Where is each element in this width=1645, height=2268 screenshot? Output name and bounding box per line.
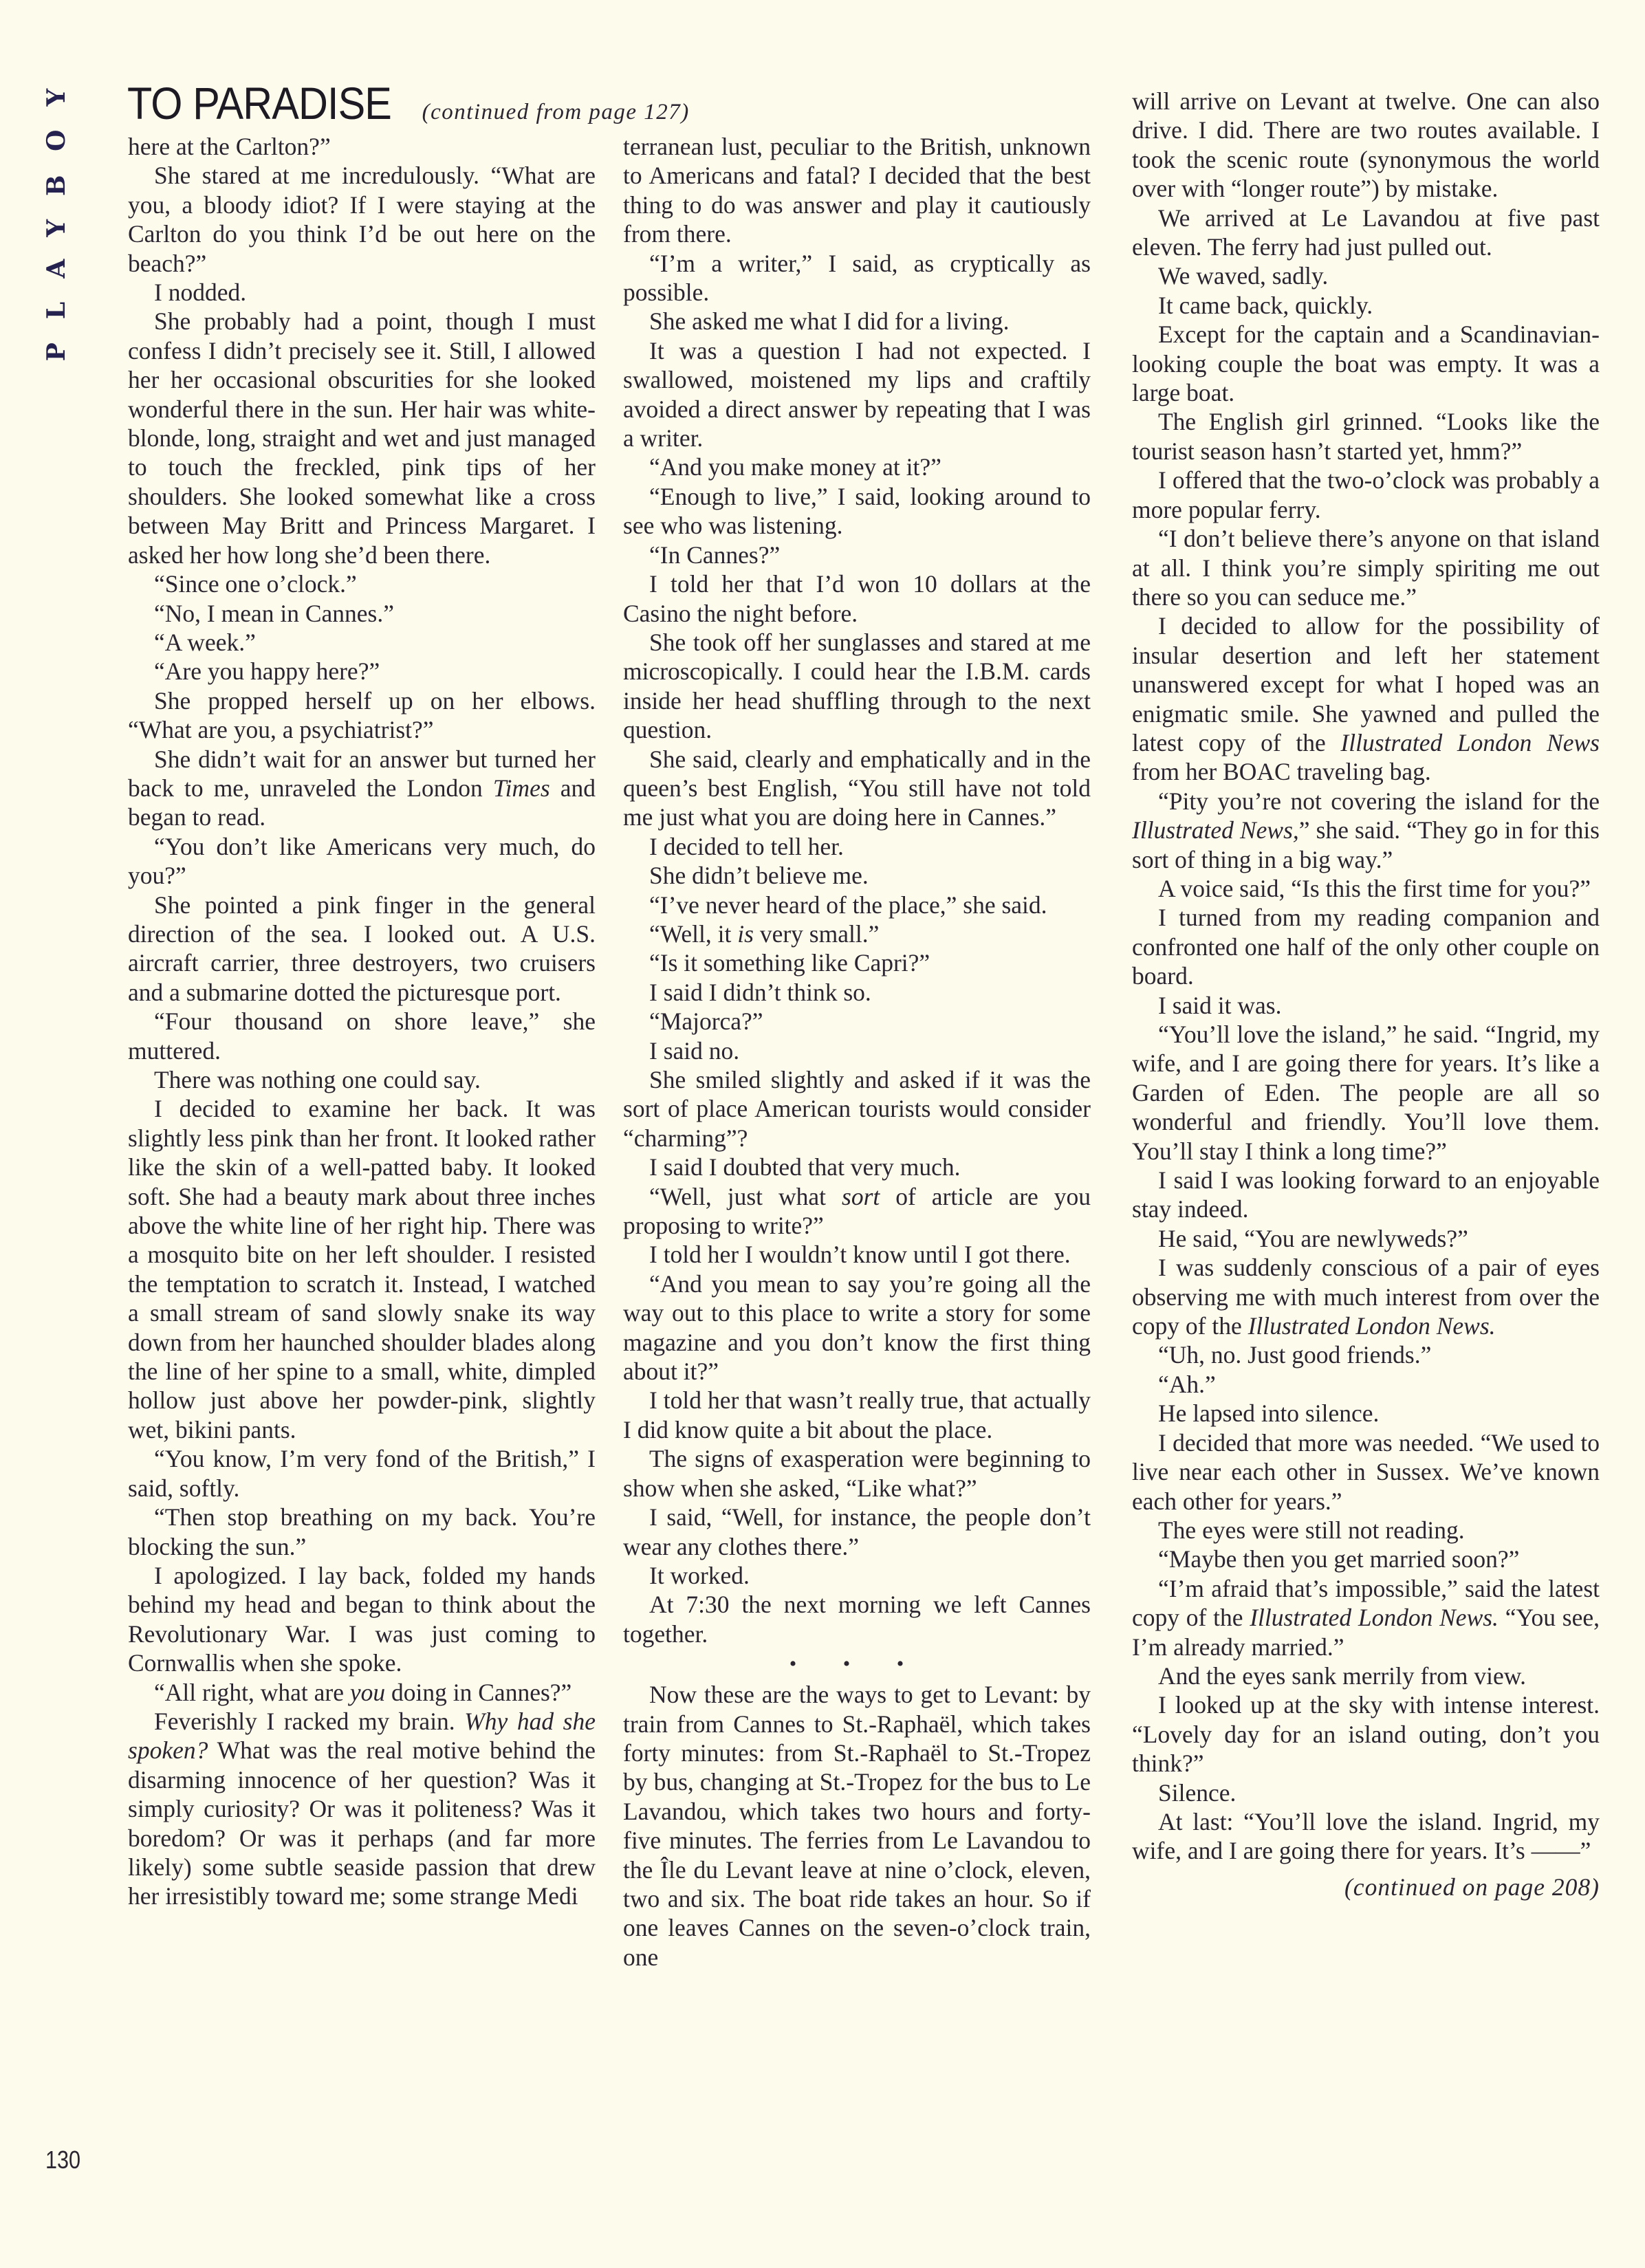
paragraph: She asked me what I did for a living.: [623, 307, 1091, 336]
paragraph: She pointed a pink finger in the gen­era…: [128, 891, 596, 1007]
paragraph: I decided to allow for the possibility o…: [1132, 611, 1600, 786]
paragraph: Now these are the ways to get to Levant:…: [623, 1680, 1091, 1972]
paragraph: She said, clearly and emphatically and i…: [623, 745, 1091, 832]
paragraph: “You know, I’m very fond of the Brit­ish…: [128, 1444, 596, 1503]
paragraph: “You’ll love the island,” he said. “Ingr…: [1132, 1020, 1600, 1166]
paragraph: Except for the captain and a Scan­dinavi…: [1132, 320, 1600, 407]
magazine-logo-vertical: PLAYBOY: [36, 89, 77, 337]
paragraph: It worked.: [623, 1561, 1091, 1590]
paragraph: I decided to examine her back. It was sl…: [128, 1094, 596, 1444]
paragraph: She didn’t wait for an answer but turned…: [128, 745, 596, 832]
paragraph: will arrive on Levant at twelve. One can…: [1132, 87, 1600, 204]
paragraph: At last: “You’ll love the island. Ingrid…: [1132, 1807, 1600, 1866]
paragraph: “Maybe then you get married soon?”: [1132, 1545, 1600, 1573]
paragraph: She stared at me incredulously. “What ar…: [128, 161, 596, 278]
article-header: TO PARADISE (continued from page 127): [127, 77, 690, 129]
paragraph: I nodded.: [128, 278, 596, 307]
paragraph: He said, “You are newlyweds?”: [1132, 1224, 1600, 1253]
paragraph: We waved, sadly.: [1132, 261, 1600, 290]
paragraph: She smiled slightly and asked if it was …: [623, 1065, 1091, 1153]
paragraph: At 7:30 the next morning we left Cannes …: [623, 1590, 1091, 1648]
paragraph: “I’ve never heard of the place,” she sai…: [623, 891, 1091, 919]
paragraph: A voice said, “Is this the first time fo…: [1132, 874, 1600, 903]
paragraph: “Well, just what sort of article are you…: [623, 1182, 1091, 1241]
paragraph: I told her I wouldn’t know until I got t…: [623, 1240, 1091, 1269]
text-column-3: will arrive on Levant at twelve. One can…: [1132, 87, 1600, 1901]
paragraph: “Majorca?”: [623, 1007, 1091, 1036]
paragraph: “Enough to live,” I said, looking around…: [623, 482, 1091, 541]
paragraph: “Are you happy here?”: [128, 657, 596, 686]
magazine-page: PLAYBOY TO PARADISE (continued from page…: [0, 0, 1645, 2268]
paragraph: Feverishly I racked my brain. Why had sh…: [128, 1707, 596, 1911]
paragraph: “You don’t like Americans very much, do …: [128, 832, 596, 891]
paragraph: “Since one o’clock.”: [128, 569, 596, 598]
paragraph: I said I didn’t think so.: [623, 978, 1091, 1007]
paragraph: I told her that I’d won 10 dollars at th…: [623, 569, 1091, 628]
paragraph: There was nothing one could say.: [128, 1065, 596, 1094]
paragraph: “Is it something like Capri?”: [623, 948, 1091, 977]
paragraph: I apologized. I lay back, folded my hand…: [128, 1561, 596, 1678]
paragraph: She didn’t believe me.: [623, 861, 1091, 890]
paragraph: She took off her sunglasses and stared a…: [623, 628, 1091, 745]
paragraph: here at the Carlton?”: [128, 132, 596, 161]
text-column-2: terranean lust, peculiar to the British,…: [623, 132, 1091, 1972]
paragraph: It was a question I had not expected. I …: [623, 336, 1091, 453]
page-number: 130: [45, 2146, 80, 2174]
paragraph: I decided that more was needed. “We used…: [1132, 1428, 1600, 1516]
paragraph: terranean lust, peculiar to the British,…: [623, 132, 1091, 249]
paragraph: We arrived at Le Lavandou at five past e…: [1132, 204, 1600, 262]
continued-from-note: (continued from page 127): [422, 100, 690, 125]
paragraph: I said I doubted that very much.: [623, 1153, 1091, 1181]
paragraph: “No, I mean in Cannes.”: [128, 599, 596, 628]
paragraph: She probably had a point, though I must …: [128, 307, 596, 569]
paragraph: I was suddenly conscious of a pair of ey…: [1132, 1253, 1600, 1340]
paragraph: “Well, it is very small.”: [623, 919, 1091, 948]
paragraph: “In Cannes?”: [623, 541, 1091, 569]
magazine-name: PLAYBOY: [42, 65, 71, 361]
paragraph: “Uh, no. Just good friends.”: [1132, 1340, 1600, 1369]
paragraph: I told her that wasn’t really true, that…: [623, 1386, 1091, 1444]
paragraph: He lapsed into silence.: [1132, 1399, 1600, 1428]
paragraph: The signs of exasperation were be­ginnin…: [623, 1444, 1091, 1503]
paragraph: It came back, quickly.: [1132, 291, 1600, 320]
paragraph: I said no.: [623, 1036, 1091, 1065]
paragraph: I said, “Well, for instance, the people …: [623, 1503, 1091, 1561]
paragraph: I looked up at the sky with intense inte…: [1132, 1690, 1600, 1778]
paragraph: “And you mean to say you’re going all th…: [623, 1269, 1091, 1386]
paragraph: I said I was looking forward to an enjoy…: [1132, 1166, 1600, 1224]
paragraph: “Four thousand on shore leave,” she mutt…: [128, 1007, 596, 1065]
paragraph: I said it was.: [1132, 991, 1600, 1020]
paragraph: “And you make money at it?”: [623, 452, 1091, 481]
paragraph: “I’m afraid that’s impossible,” said the…: [1132, 1574, 1600, 1661]
paragraph: She propped herself up on her elbows. “W…: [128, 686, 596, 745]
paragraph: “Ah.”: [1132, 1370, 1600, 1399]
paragraph: I turned from my reading companion and c…: [1132, 903, 1600, 990]
paragraph: I decided to tell her.: [623, 832, 1091, 861]
paragraph: “Pity you’re not covering the island for…: [1132, 787, 1600, 874]
paragraph: “I’m a writer,” I said, as cryptically a…: [623, 249, 1091, 307]
paragraph: The English girl grinned. “Looks like th…: [1132, 407, 1600, 466]
article-title: TO PARADISE: [127, 77, 391, 129]
paragraph: Silence.: [1132, 1778, 1600, 1807]
paragraph: I offered that the two-o’clock was proba…: [1132, 466, 1600, 524]
paragraph: “A week.”: [128, 628, 596, 657]
section-break: • • •: [623, 1648, 1091, 1680]
paragraph: And the eyes sank merrily from view.: [1132, 1661, 1600, 1690]
continued-on-note: (continued on page 208): [1132, 1873, 1600, 1901]
paragraph: “Then stop breathing on my back. You’re …: [128, 1503, 596, 1561]
paragraph: “I don’t believe there’s anyone on that …: [1132, 524, 1600, 611]
text-column-1: here at the Carlton?”She stared at me in…: [128, 132, 596, 1911]
paragraph: “All right, what are you doing in Cannes…: [128, 1678, 596, 1707]
paragraph: The eyes were still not reading.: [1132, 1516, 1600, 1545]
